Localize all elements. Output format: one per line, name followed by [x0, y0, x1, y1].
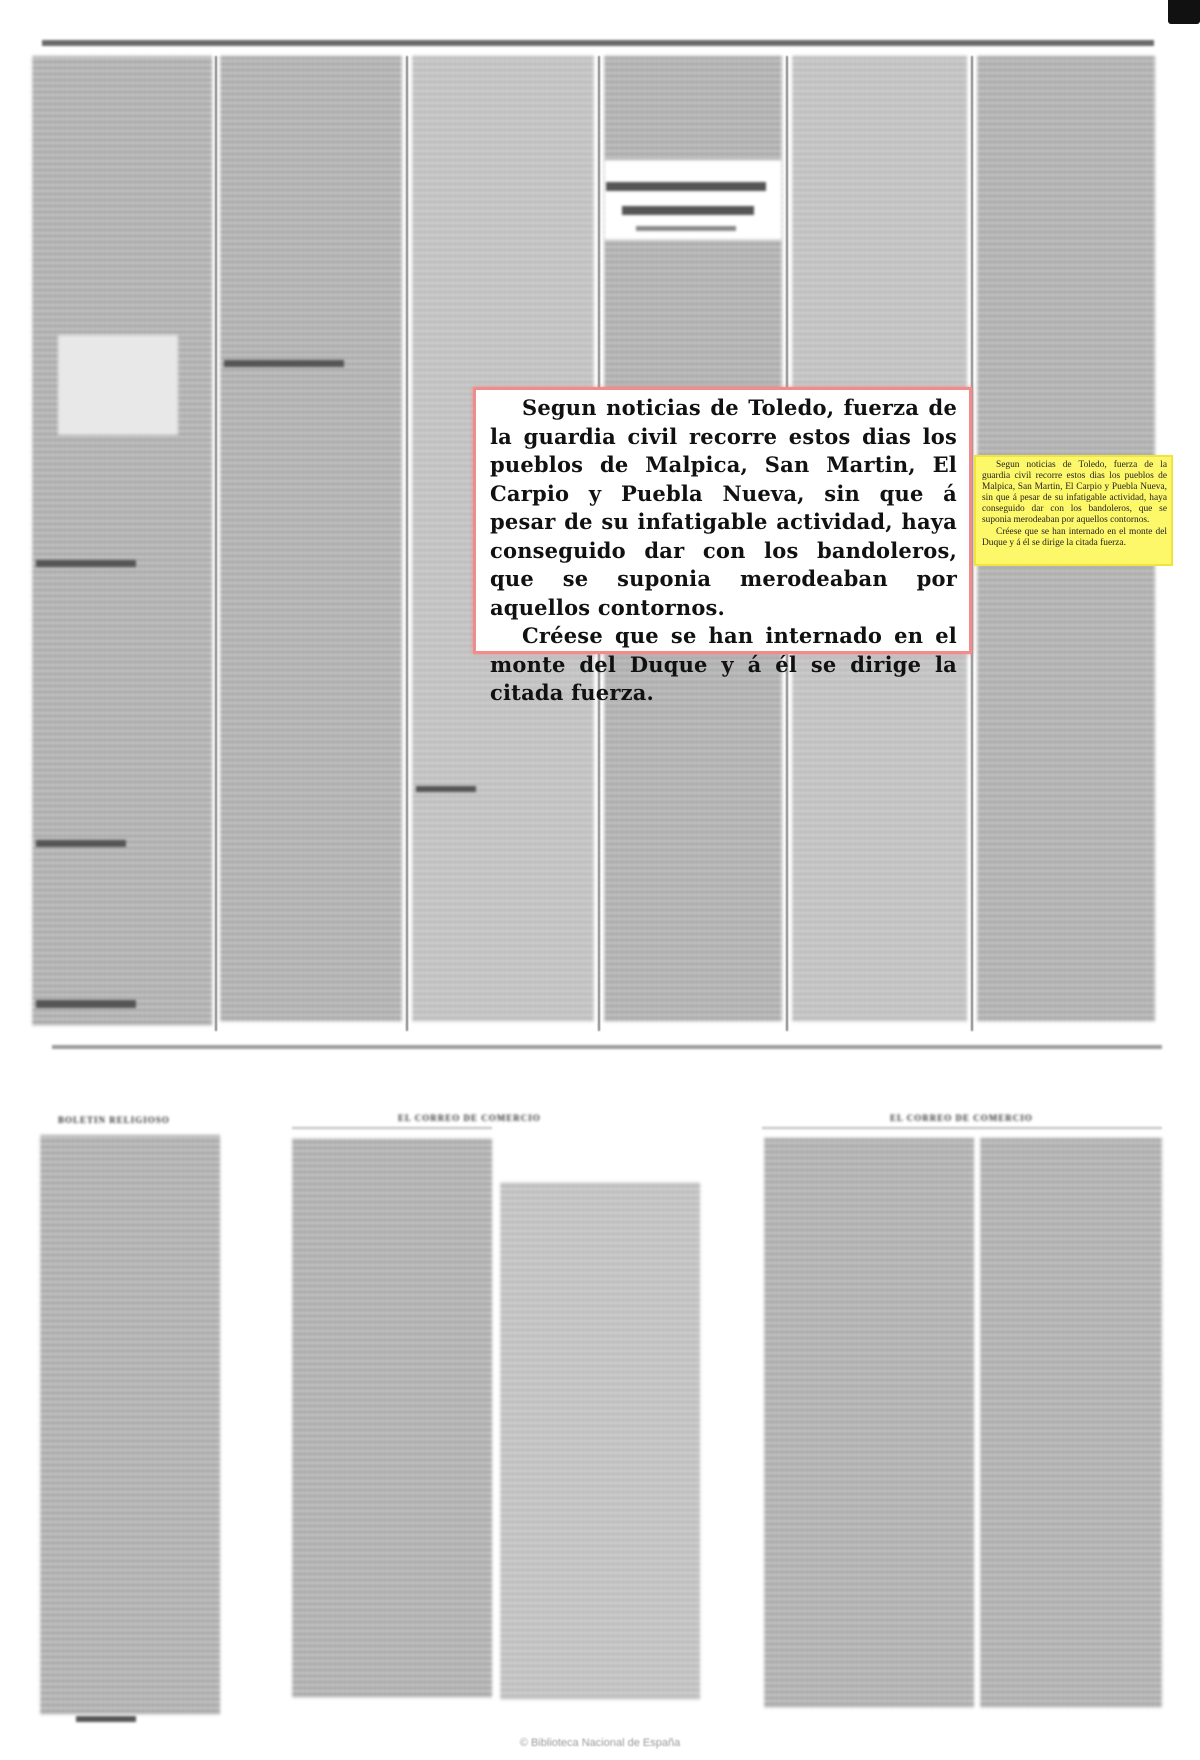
- right-page-header: EL CORREO DE COMERCIO: [890, 1113, 1033, 1123]
- upper-column-1: [32, 56, 212, 1026]
- highlighted-article[interactable]: Segun noticias de Toledo, fuerza de la g…: [974, 455, 1173, 566]
- section-heading: [36, 1000, 136, 1008]
- lower-left-column-1: [40, 1135, 220, 1715]
- magnifier-paragraph-2: Créese que se han internado en el monte …: [490, 622, 957, 708]
- column-divider: [406, 56, 408, 1031]
- left-page-header-rule: [292, 1127, 492, 1129]
- lower-left-column-3: [500, 1182, 700, 1700]
- magnifier-paragraph-1: Segun noticias de Toledo, fuerza de la g…: [490, 394, 957, 622]
- section-heading: [606, 182, 766, 191]
- left-section-title: BOLETIN RELIGIOSO: [58, 1115, 170, 1125]
- lower-right-column-1: [764, 1138, 974, 1708]
- highlight-paragraph-2: Créese que se han internado en el monte …: [982, 527, 1167, 549]
- middle-rule: [52, 1045, 1162, 1049]
- column-divider: [215, 56, 217, 1031]
- lower-right-column-2: [980, 1138, 1162, 1708]
- section-heading: [224, 360, 344, 367]
- right-page-header-rule: [762, 1127, 1162, 1129]
- magnifier-popup: Segun noticias de Toledo, fuerza de la g…: [473, 387, 972, 654]
- section-heading: [636, 226, 736, 231]
- top-rule: [42, 40, 1154, 46]
- footer-credit: © Biblioteca Nacional de España: [0, 1737, 1200, 1749]
- highlight-paragraph-1: Segun noticias de Toledo, fuerza de la g…: [982, 460, 1167, 527]
- left-page-header: EL CORREO DE COMERCIO: [398, 1113, 541, 1123]
- lower-left-column-2: [292, 1138, 492, 1698]
- section-heading: [36, 840, 126, 847]
- section-heading: [36, 560, 136, 567]
- scrollbar-thumb[interactable]: [1168, 0, 1200, 24]
- section-heading: [622, 206, 754, 215]
- upper-column-2: [220, 56, 402, 1022]
- section-heading: [416, 786, 476, 792]
- table-gap: [58, 335, 178, 435]
- section-heading: [76, 1716, 136, 1722]
